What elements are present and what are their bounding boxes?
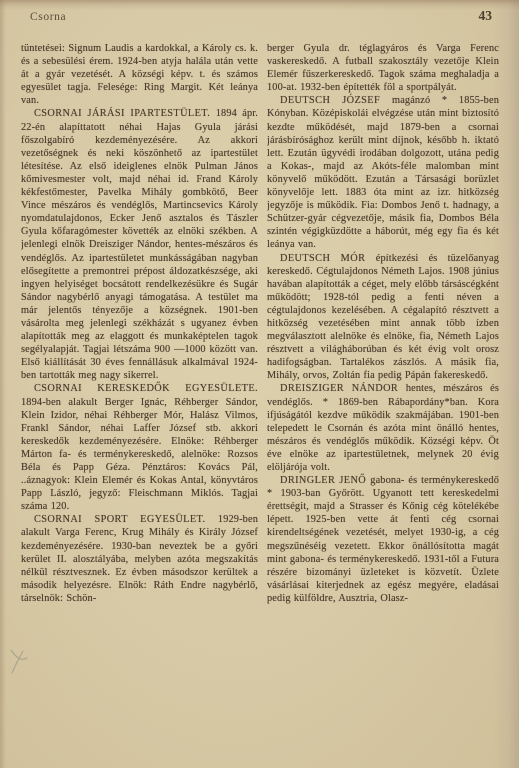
running-title: Csorna xyxy=(30,11,66,23)
entry-heading: CSORNAI JÁRÁSI IPARTESTÜLET. xyxy=(34,108,216,119)
directory-paragraph: DREISZIGER NÁNDOR hentes, mészáros és ve… xyxy=(267,382,499,474)
directory-paragraph: CSORNAI JÁRÁSI IPARTESTÜLET. 1894 ápr. 2… xyxy=(21,107,258,382)
column-left: tüntetései: Signum Laudis a kardokkal, a… xyxy=(21,42,258,762)
book-page: Csorna 43 tüntetései: Signum Laudis a ka… xyxy=(0,0,519,768)
directory-paragraph: DEUTSCH JÓZSEF magánzó * 1855-ben Kónyba… xyxy=(267,94,499,251)
directory-paragraph: berger Gyula dr. téglagyáros és Varga Fe… xyxy=(267,42,499,94)
column-right: berger Gyula dr. téglagyáros és Varga Fe… xyxy=(267,42,499,762)
entry-heading: CSORNAI KERESKEDŐK EGYESÜLETE. xyxy=(34,383,258,394)
page-number: 43 xyxy=(479,8,493,24)
directory-paragraph: CSORNAI KERESKEDŐK EGYESÜLETE. 1894-ben … xyxy=(21,382,258,513)
directory-paragraph: CSORNAI SPORT EGYESÜLET. 1929-ben alakul… xyxy=(21,513,258,605)
entry-heading: CSORNAI SPORT EGYESÜLET. xyxy=(34,514,218,525)
directory-paragraph: DRINGLER JENŐ gabona- és terménykeresked… xyxy=(267,474,499,605)
entry-heading: DRINGLER JENŐ xyxy=(280,475,370,486)
directory-paragraph: tüntetései: Signum Laudis a kardokkal, a… xyxy=(21,42,258,107)
entry-heading: DEUTSCH MÓR xyxy=(280,253,376,264)
text-columns: tüntetései: Signum Laudis a kardokkal, a… xyxy=(21,42,499,762)
entry-heading: DEUTSCH JÓZSEF xyxy=(280,95,392,106)
directory-paragraph: DEUTSCH MÓR építkezési és tüzelőanyag ke… xyxy=(267,252,499,383)
entry-heading: DREISZIGER NÁNDOR xyxy=(280,383,406,394)
